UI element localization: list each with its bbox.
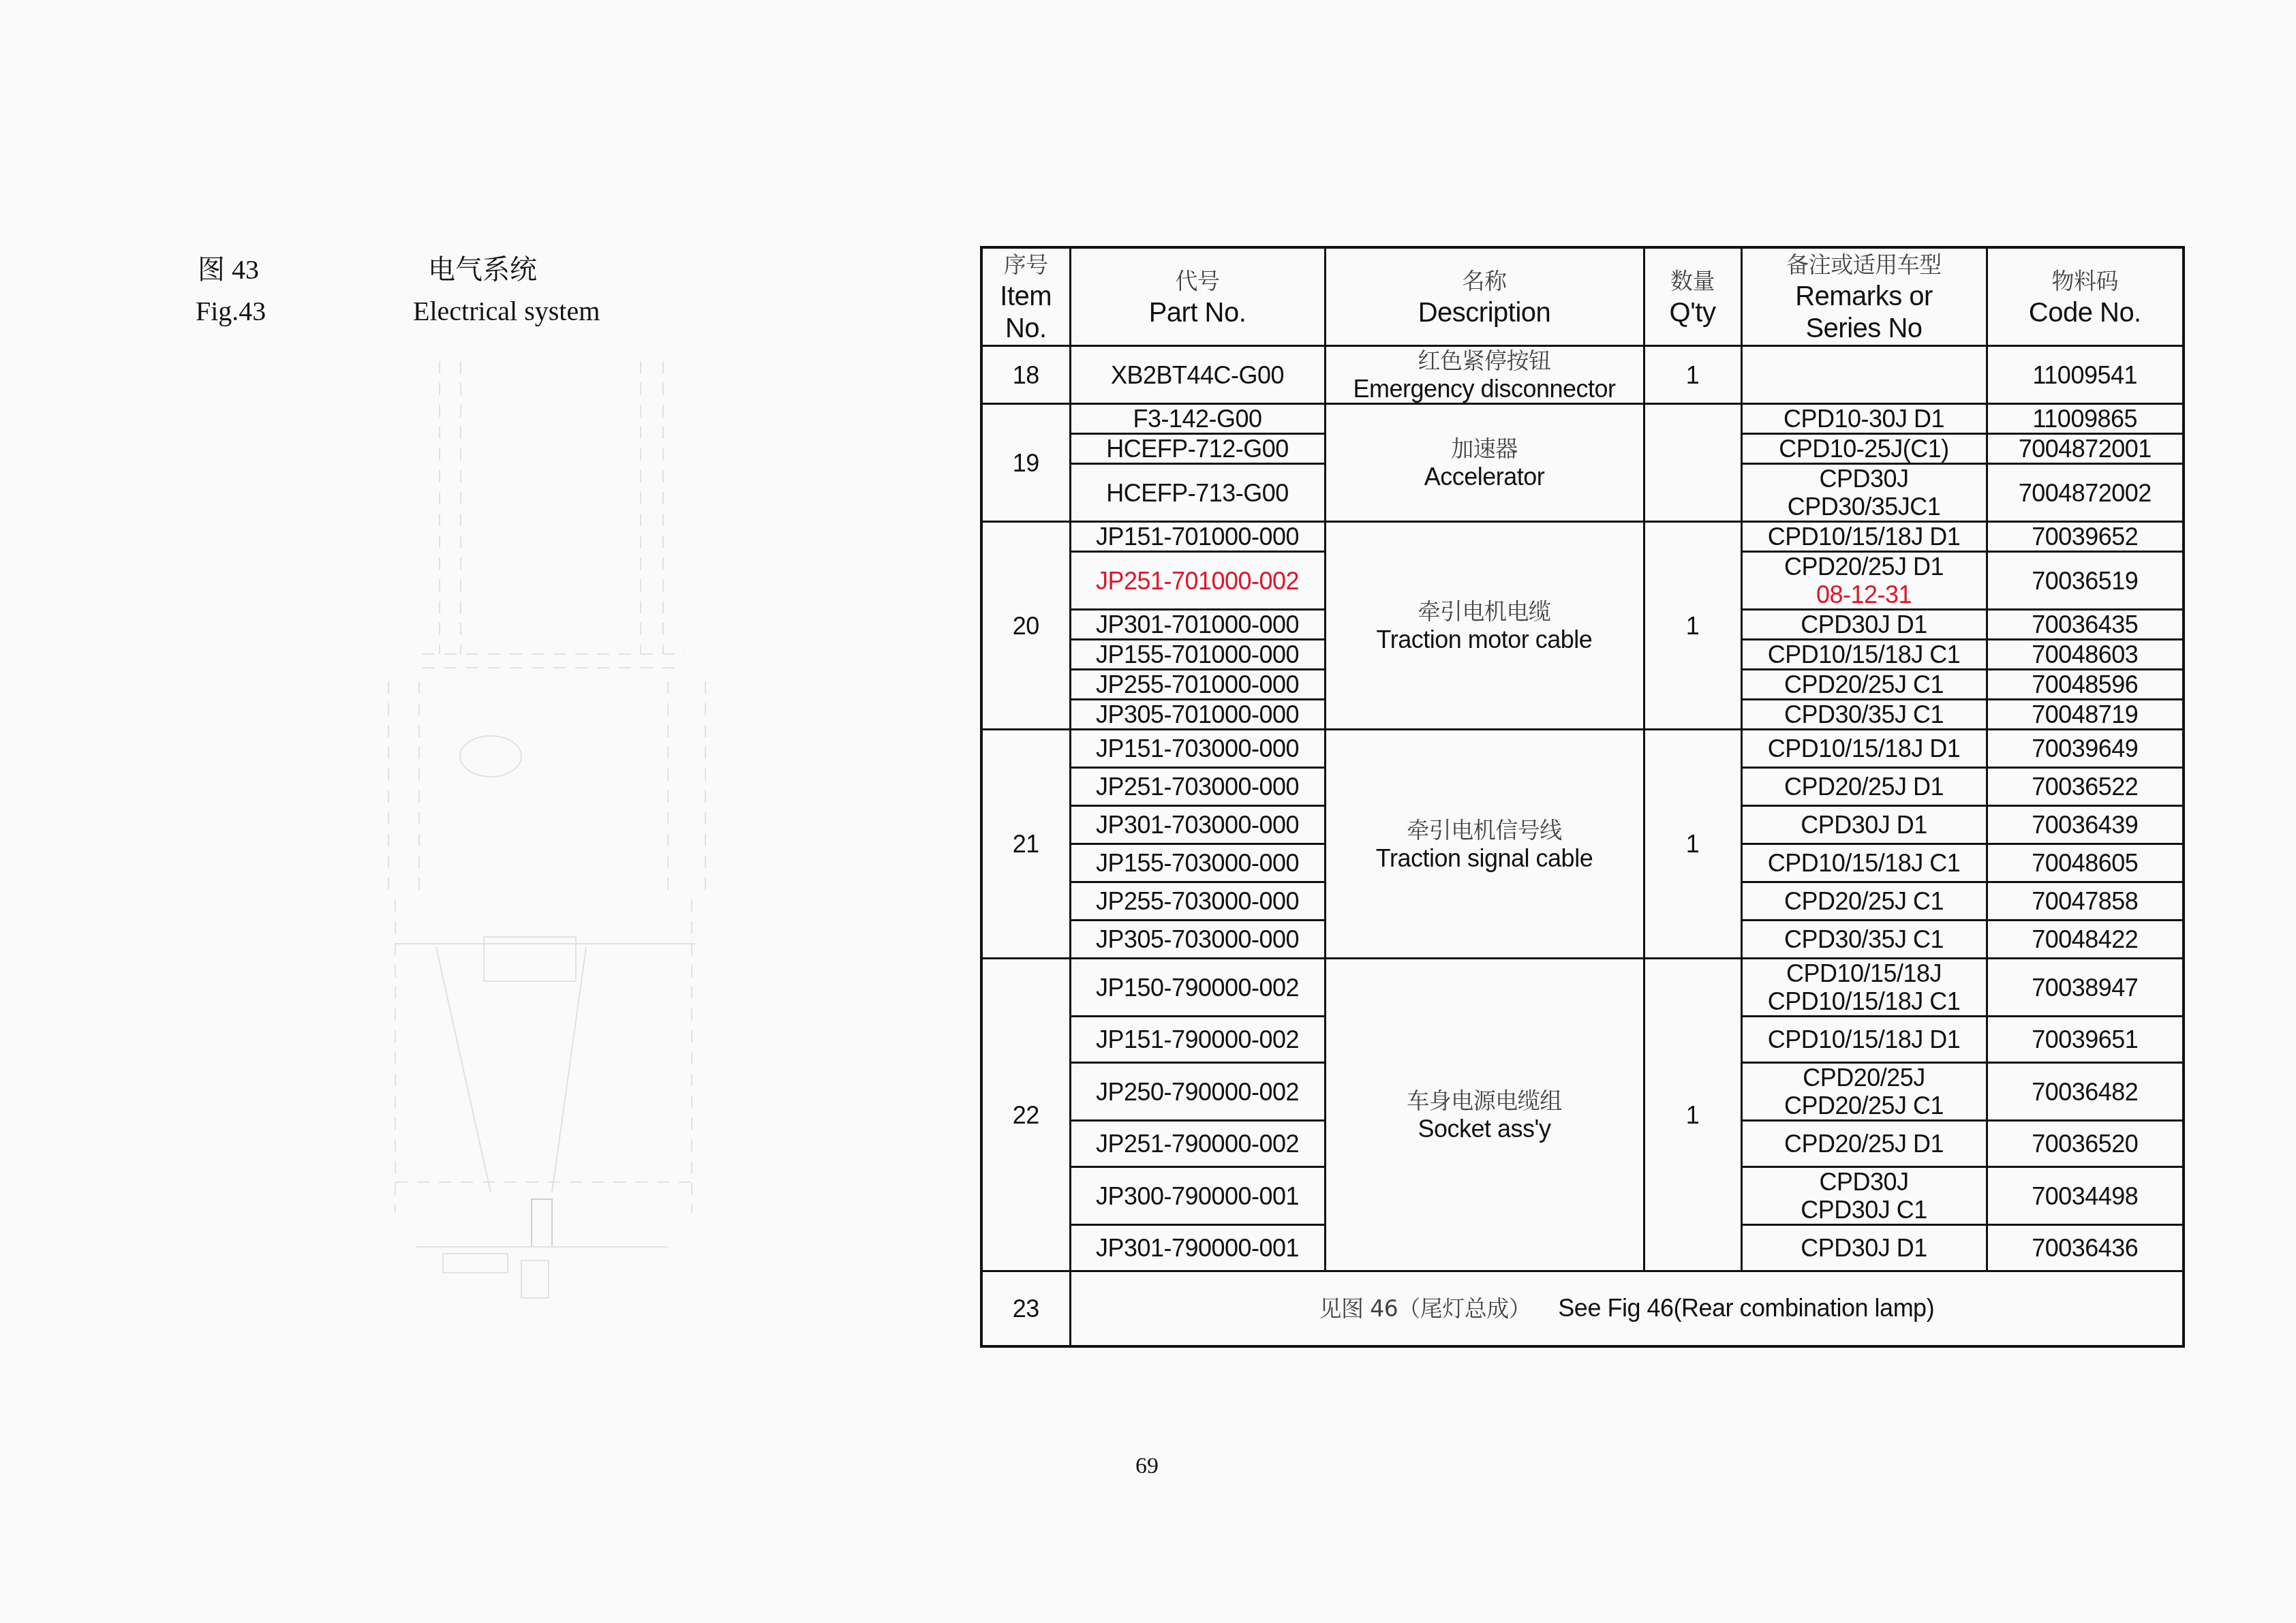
remarks-line: CPD20/25J C1 (1743, 887, 1986, 915)
reference-note-en: See Fig 46(Rear combination lamp) (1558, 1294, 1934, 1322)
part-number-cell: JP155-701000-000 (1070, 640, 1325, 670)
code-number-cell: 70034498 (1987, 1167, 2184, 1225)
remarks-cell: CPD20/25J D1 (1741, 1121, 1987, 1167)
code-number-cell: 70036520 (1987, 1121, 2184, 1167)
remarks-cell: CPD20/25J C1 (1741, 670, 1987, 700)
figure-number-cn: 图 43 (198, 248, 259, 287)
code-number-cell: 70047858 (1987, 882, 2184, 921)
description-cn: 牵引电机信号线 (1326, 816, 1643, 844)
header-description: 名称 Description (1325, 247, 1644, 346)
description-en: Traction motor cable (1326, 625, 1643, 653)
header-remarks: 备注或适用车型 Remarks or Series No (1741, 247, 1987, 346)
table-row: 22JP150-790000-002车身电源电缆组Socket ass'y1CP… (981, 959, 2184, 1017)
code-number-cell: 70036439 (1987, 806, 2184, 844)
part-number-cell: JP151-703000-000 (1070, 730, 1325, 768)
description-cn: 加速器 (1326, 435, 1643, 463)
code-number-cell: 70039651 (1987, 1017, 2184, 1063)
remarks-line: CPD10/15/18J D1 (1743, 735, 1986, 762)
description-en: Emergency disconnector (1326, 375, 1643, 403)
code-number-cell: 70048605 (1987, 844, 2184, 882)
table-row: 19F3-142-G00加速器AcceleratorCPD10-30J D111… (981, 404, 2184, 434)
part-number-cell: F3-142-G00 (1070, 404, 1325, 434)
remarks-cell: CPD30JCPD30J C1 (1741, 1167, 1987, 1225)
remarks-line: CPD30J (1743, 1168, 1986, 1196)
code-number-cell: 70036519 (1987, 552, 2184, 610)
remarks-date-note: 08-12-31 (1743, 581, 1986, 608)
remarks-cell: CPD30J D1 (1741, 1225, 1987, 1271)
remarks-line: CPD10-30J D1 (1743, 405, 1986, 433)
code-number-cell: 70036522 (1987, 768, 2184, 806)
part-number-cell: JP251-790000-002 (1070, 1121, 1325, 1167)
remarks-cell: CPD10/15/18J D1 (1741, 1017, 1987, 1063)
figure-number-en: Fig.43 (196, 295, 266, 327)
table-row: 18XB2BT44C-G00红色紧停按钮Emergency disconnect… (981, 346, 2184, 404)
remarks-line: CPD30J D1 (1743, 1234, 1986, 1262)
description-en: Traction signal cable (1326, 844, 1643, 872)
item-number-cell: 21 (981, 730, 1070, 959)
remarks-cell: CPD30/35J C1 (1741, 700, 1987, 730)
figure-name-en: Electrical system (413, 295, 600, 327)
remarks-cell: CPD20/25JCPD20/25J C1 (1741, 1063, 1987, 1121)
reference-note-cell: 见图 46（尾灯总成）See Fig 46(Rear combination l… (1070, 1271, 2184, 1346)
remarks-cell: CPD20/25J D108-12-31 (1741, 552, 1987, 610)
header-code-no: 物料码 Code No. (1987, 247, 2184, 346)
description-en: Socket ass'y (1326, 1115, 1643, 1143)
description-cn: 红色紧停按钮 (1326, 347, 1643, 375)
header-item: 序号 Item No. (981, 247, 1070, 346)
item-number-cell: 19 (981, 404, 1070, 522)
figure-name-cn: 电气系统 (428, 248, 537, 287)
part-number-cell: JP255-701000-000 (1070, 670, 1325, 700)
remarks-line: CPD30/35J C1 (1743, 925, 1986, 953)
part-number-cell: JP255-703000-000 (1070, 882, 1325, 921)
remarks-cell: CPD30J D1 (1741, 806, 1987, 844)
remarks-cell: CPD10-25J(C1) (1741, 434, 1987, 464)
code-number-cell: 7004872001 (1987, 434, 2184, 464)
code-number-cell: 70048719 (1987, 700, 2184, 730)
remarks-line: CPD10/15/18J C1 (1743, 987, 1986, 1015)
description-cell: 车身电源电缆组Socket ass'y (1325, 959, 1644, 1271)
remarks-line: CPD30J (1743, 465, 1986, 493)
remarks-line: CPD10/15/18J C1 (1743, 849, 1986, 877)
remarks-cell: CPD20/25J C1 (1741, 882, 1987, 921)
code-number-cell: 70038947 (1987, 959, 2184, 1017)
part-number-cell: HCEFP-713-G00 (1070, 464, 1325, 522)
code-number-cell: 70036482 (1987, 1063, 2184, 1121)
part-number-cell: JP300-790000-001 (1070, 1167, 1325, 1225)
quantity-cell: 1 (1644, 730, 1741, 959)
remarks-cell: CPD10/15/18J D1 (1741, 522, 1987, 552)
remarks-line: CPD20/25J C1 (1743, 1092, 1986, 1119)
remarks-cell: CPD20/25J D1 (1741, 768, 1987, 806)
code-number-cell: 70036435 (1987, 610, 2184, 640)
description-cell: 红色紧停按钮Emergency disconnector (1325, 346, 1644, 404)
remarks-cell: CPD10/15/18J C1 (1741, 844, 1987, 882)
part-number-cell: JP251-703000-000 (1070, 768, 1325, 806)
description-cn: 车身电源电缆组 (1326, 1087, 1643, 1115)
electrical-system-drawing (286, 354, 804, 1322)
quantity-cell: 1 (1644, 346, 1741, 404)
remarks-cell: CPD30JCPD30/35JC1 (1741, 464, 1987, 522)
remarks-cell: CPD10/15/18J C1 (1741, 640, 1987, 670)
code-number-cell: 70039649 (1987, 730, 2184, 768)
code-number-cell: 70036436 (1987, 1225, 2184, 1271)
remarks-line: CPD10/15/18J D1 (1743, 523, 1986, 551)
item-number-cell: 18 (981, 346, 1070, 404)
remarks-line: CPD20/25J (1743, 1064, 1986, 1092)
remarks-line: CPD30J D1 (1743, 811, 1986, 839)
code-number-cell: 7004872002 (1987, 464, 2184, 522)
code-number-cell: 11009865 (1987, 404, 2184, 434)
remarks-line: CPD30/35J C1 (1743, 700, 1986, 728)
part-number-cell: JP301-701000-000 (1070, 610, 1325, 640)
remarks-line: CPD30J D1 (1743, 610, 1986, 638)
code-number-cell: 11009541 (1987, 346, 2184, 404)
description-cell: 牵引电机信号线Traction signal cable (1325, 730, 1644, 959)
remarks-line: CPD30J C1 (1743, 1196, 1986, 1224)
quantity-cell: 1 (1644, 522, 1741, 730)
description-cn: 牵引电机电缆 (1326, 598, 1643, 625)
table-body: 18XB2BT44C-G00红色紧停按钮Emergency disconnect… (981, 346, 2184, 1346)
item-number-cell: 20 (981, 522, 1070, 730)
part-number-cell: JP251-701000-002 (1070, 552, 1325, 610)
part-number-cell: XB2BT44C-G00 (1070, 346, 1325, 404)
header-qty: 数量 Q'ty (1644, 247, 1741, 346)
remarks-cell: CPD30J D1 (1741, 610, 1987, 640)
code-number-cell: 70048603 (1987, 640, 2184, 670)
remarks-cell: CPD30/35J C1 (1741, 921, 1987, 959)
header-part-no: 代号 Part No. (1070, 247, 1325, 346)
remarks-line: CPD20/25J C1 (1743, 670, 1986, 698)
table-header-row: 序号 Item No. 代号 Part No. 名称 Description 数… (981, 247, 2184, 346)
remarks-line: CPD10/15/18J (1743, 959, 1986, 987)
remarks-line: CPD20/25J D1 (1743, 1130, 1986, 1158)
reference-note-cn: 见图 46（尾灯总成） (1319, 1295, 1531, 1322)
quantity-cell (1644, 404, 1741, 522)
code-number-cell: 70039652 (1987, 522, 2184, 552)
remarks-line: CPD20/25J D1 (1743, 553, 1986, 581)
item-number-cell: 23 (981, 1271, 1070, 1346)
part-number-cell: JP301-703000-000 (1070, 806, 1325, 844)
remarks-cell (1741, 346, 1987, 404)
table-row: 20JP151-701000-000牵引电机电缆Traction motor c… (981, 522, 2184, 552)
part-number-cell: JP155-703000-000 (1070, 844, 1325, 882)
part-number-cell: JP301-790000-001 (1070, 1225, 1325, 1271)
remarks-cell: CPD10/15/18JCPD10/15/18J C1 (1741, 959, 1987, 1017)
remarks-cell: CPD10-30J D1 (1741, 404, 1987, 434)
item-number-cell: 22 (981, 959, 1070, 1271)
remarks-cell: CPD10/15/18J D1 (1741, 730, 1987, 768)
remarks-line: CPD10-25J(C1) (1743, 435, 1986, 463)
description-en: Accelerator (1326, 463, 1643, 491)
description-cell: 加速器Accelerator (1325, 404, 1644, 522)
description-cell: 牵引电机电缆Traction motor cable (1325, 522, 1644, 730)
part-number-cell: JP305-703000-000 (1070, 921, 1325, 959)
part-number-cell: JP151-701000-000 (1070, 522, 1325, 552)
remarks-line: CPD30/35JC1 (1743, 493, 1986, 521)
quantity-cell: 1 (1644, 959, 1741, 1271)
part-number-cell: JP305-701000-000 (1070, 700, 1325, 730)
page-number: 69 (1135, 1453, 1159, 1479)
remarks-line: CPD10/15/18J D1 (1743, 1025, 1986, 1053)
code-number-cell: 70048422 (1987, 921, 2184, 959)
part-number-cell: HCEFP-712-G00 (1070, 434, 1325, 464)
part-number-cell: JP150-790000-002 (1070, 959, 1325, 1017)
part-number-cell: JP151-790000-002 (1070, 1017, 1325, 1063)
code-number-cell: 70048596 (1987, 670, 2184, 700)
table-row: 21JP151-703000-000牵引电机信号线Traction signal… (981, 730, 2184, 768)
remarks-line: CPD20/25J D1 (1743, 773, 1986, 801)
remarks-line: CPD10/15/18J C1 (1743, 640, 1986, 668)
parts-table: 序号 Item No. 代号 Part No. 名称 Description 数… (980, 246, 2185, 1348)
table-row-reference: 23见图 46（尾灯总成）See Fig 46(Rear combination… (981, 1271, 2184, 1346)
part-number-cell: JP250-790000-002 (1070, 1063, 1325, 1121)
